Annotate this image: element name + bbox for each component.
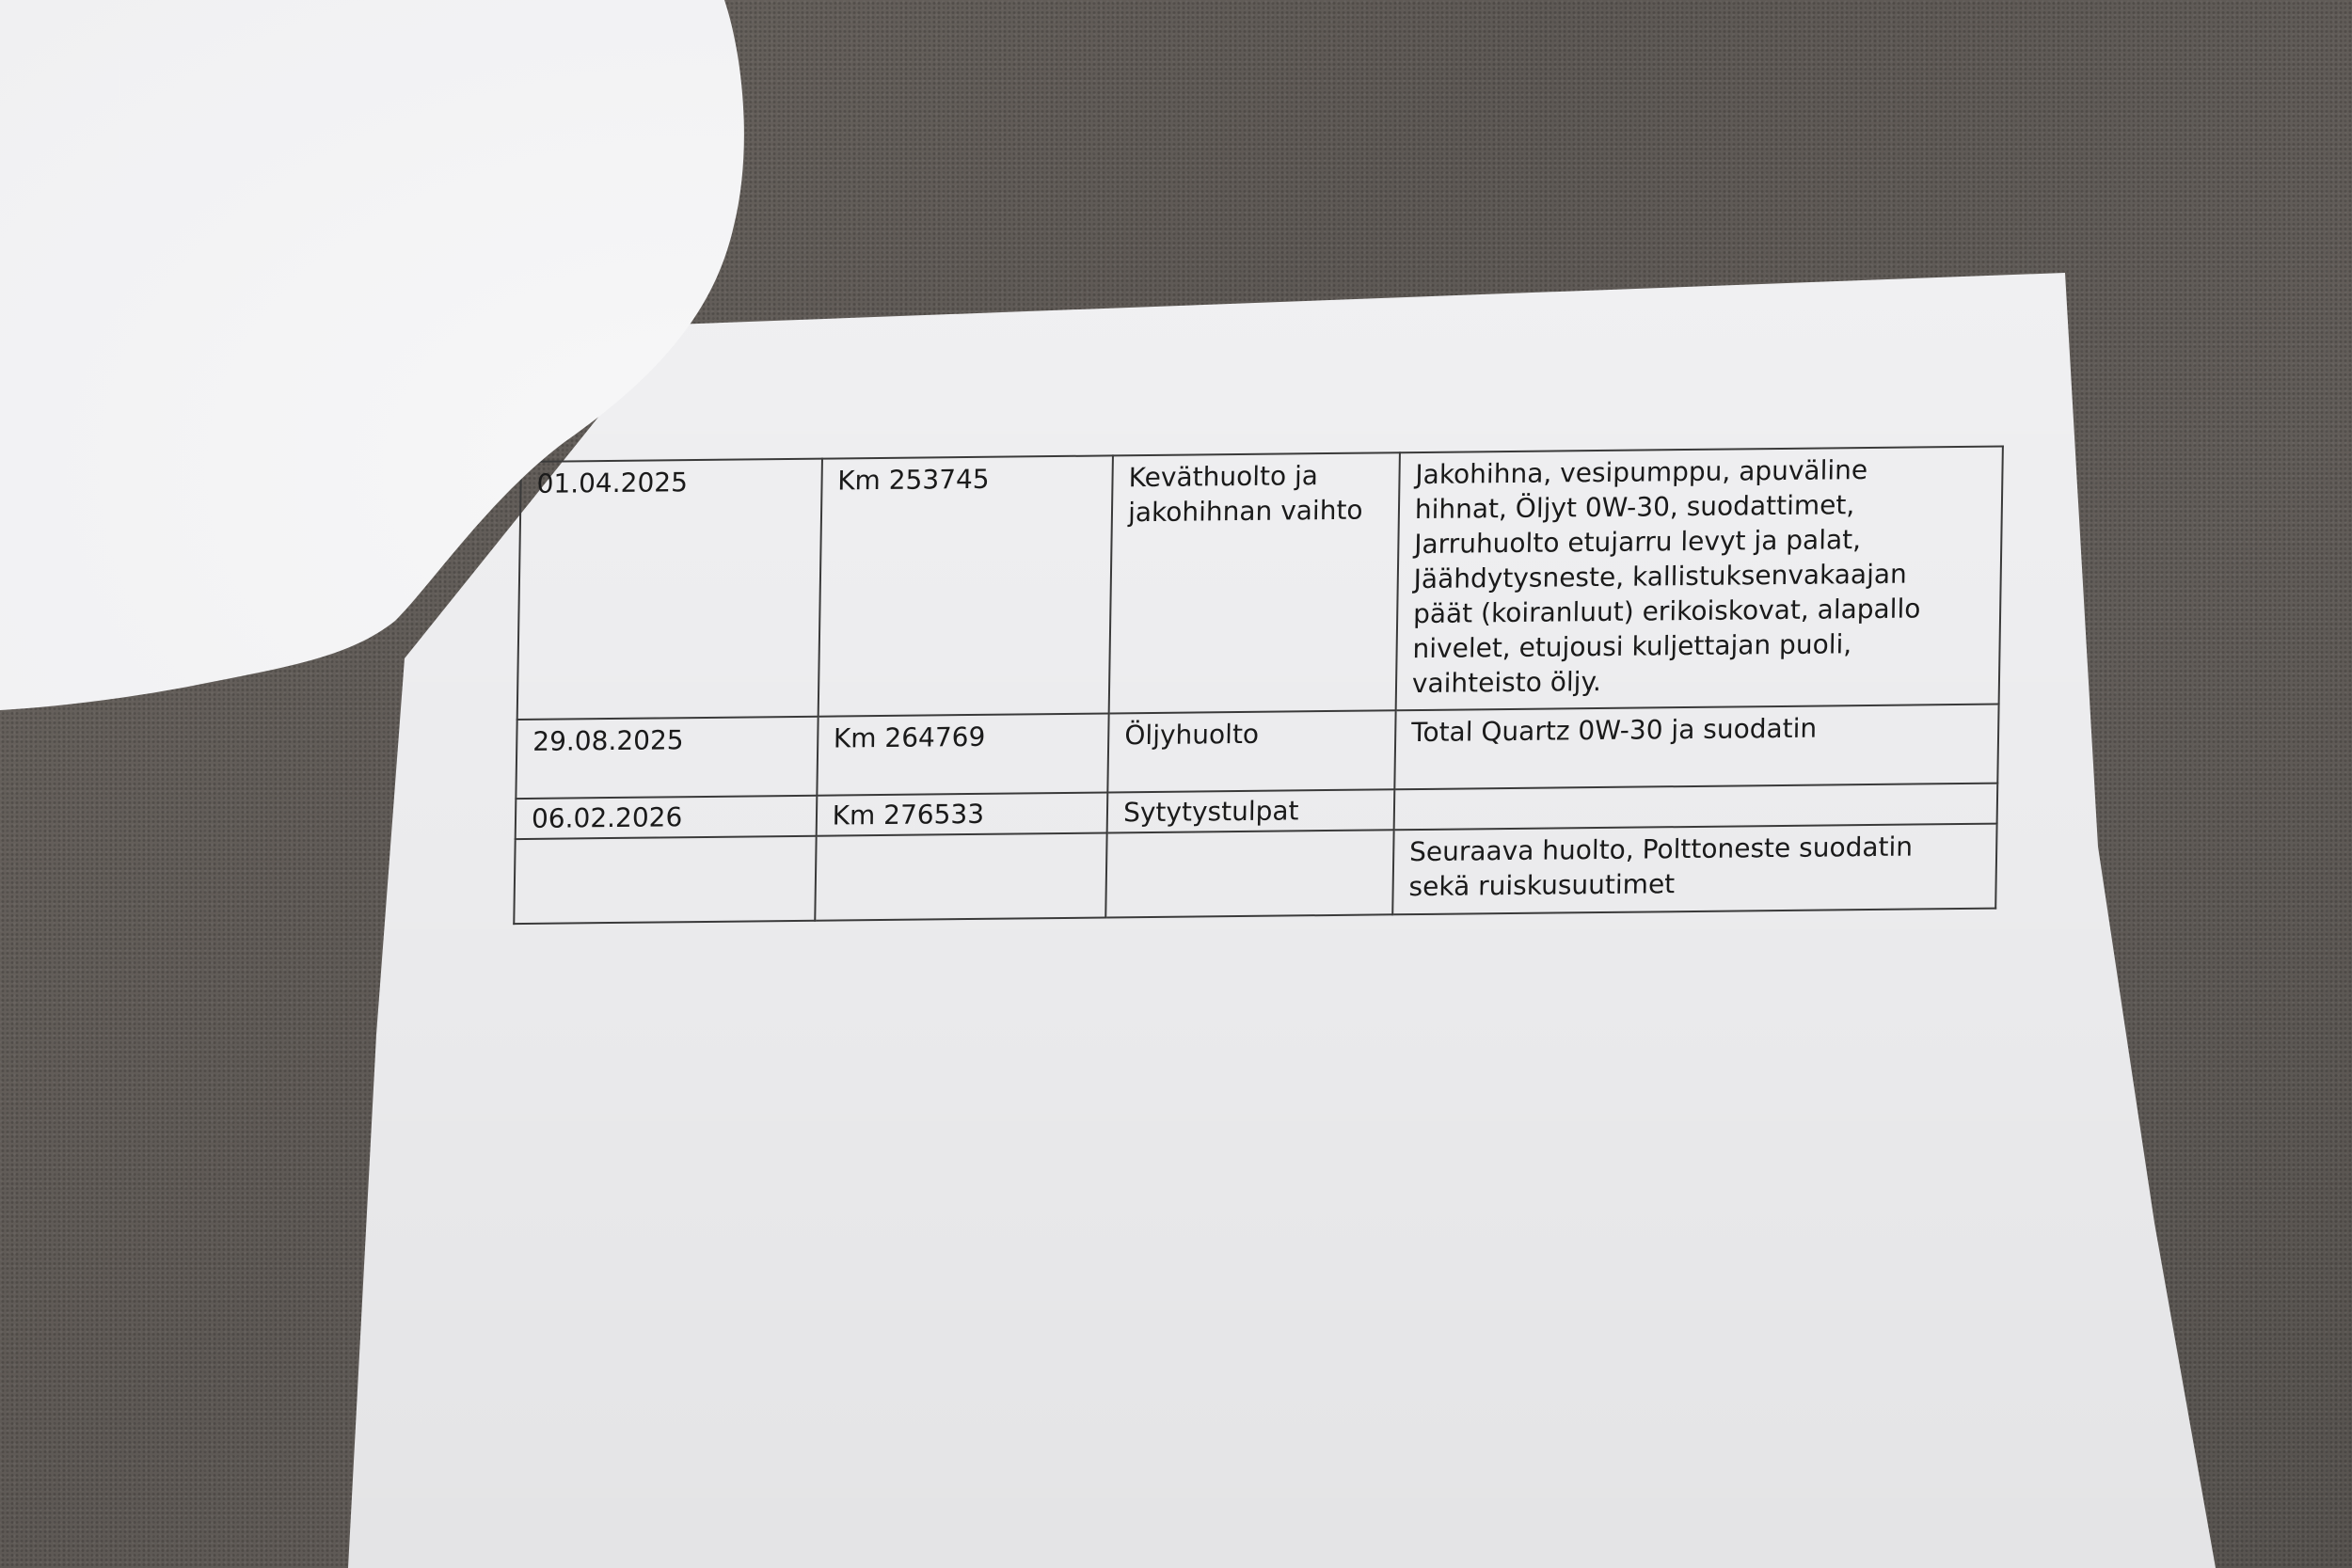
- details-cell: Total Quartz 0W-30 ja suodatin: [1394, 705, 1998, 790]
- service-cell: Keväthuolto ja jakohihnan vaihto: [1109, 452, 1400, 713]
- odometer-cell: Km 264769: [817, 713, 1109, 795]
- odometer-cell: [815, 832, 1107, 920]
- date-cell: 06.02.2026: [516, 796, 817, 839]
- service-cell: [1105, 830, 1393, 917]
- details-cell: [1394, 784, 1998, 831]
- service-log-table: 01.04.2025 Km 253745 Keväthuolto ja jako…: [513, 445, 2004, 925]
- odometer-cell: Km 276533: [816, 792, 1107, 835]
- table-row: Seuraava huolto, Polttoneste suodatin se…: [514, 824, 1996, 925]
- service-cell: Sytytystulpat: [1107, 789, 1394, 832]
- table-row: 29.08.2025 Km 264769 Öljyhuolto Total Qu…: [516, 705, 1998, 800]
- odometer-cell: Km 253745: [818, 455, 1113, 716]
- date-cell: 29.08.2025: [516, 717, 818, 799]
- table-row: 01.04.2025 Km 253745 Keväthuolto ja jako…: [517, 446, 2003, 720]
- details-cell: Seuraava huolto, Polttoneste suodatin se…: [1392, 824, 1997, 915]
- details-cell: Jakohihna, vesipumppu, apuväline hihnat,…: [1396, 446, 2003, 710]
- service-log-table-wrapper: 01.04.2025 Km 253745 Keväthuolto ja jako…: [513, 445, 2004, 925]
- service-cell: Öljyhuolto: [1107, 710, 1395, 792]
- date-cell: [514, 836, 816, 924]
- date-cell: 01.04.2025: [517, 459, 822, 720]
